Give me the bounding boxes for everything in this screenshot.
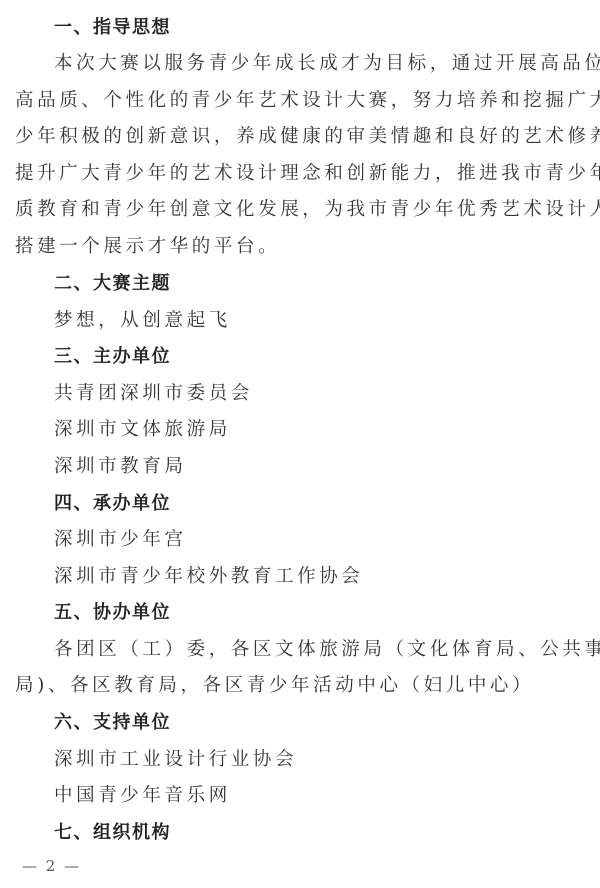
section-heading: 七、组织机构	[54, 821, 600, 845]
paragraph-line: 各团区（工）委，各区文体旅游局（文化体育局、公共事业	[54, 638, 600, 662]
section-heading: 一、指导思想	[54, 16, 600, 40]
paragraph-line: 高品质、个性化的青少年艺术设计大赛，努力培养和挖掘广大青	[15, 89, 590, 113]
section-heading: 六、支持单位	[54, 711, 600, 735]
paragraph-line: 局)、各区教育局，各区青少年活动中心（妇儿中心）	[15, 674, 590, 698]
paragraph-line: 少年积极的创新意识，养成健康的审美情趣和良好的艺术修养，	[15, 125, 590, 149]
list-item: 深圳市教育局	[54, 455, 600, 479]
paragraph-line: 质教育和青少年创意文化发展，为我市青少年优秀艺术设计人才	[15, 198, 590, 222]
section-heading: 二、大赛主题	[54, 272, 600, 296]
paragraph-line: 本次大赛以服务青少年成长成才为目标，通过开展高品位、	[54, 52, 600, 76]
list-item: 深圳市文体旅游局	[54, 418, 600, 442]
list-item: 共青团深圳市委员会	[54, 382, 600, 406]
section-heading: 四、承办单位	[54, 492, 600, 516]
page-number: — 2 —	[22, 857, 81, 875]
list-item: 梦想，从创意起飞	[54, 309, 600, 333]
section-heading: 三、主办单位	[54, 345, 600, 369]
section-heading: 五、协办单位	[54, 601, 600, 625]
paragraph-line: 提升广大青少年的艺术设计理念和创新能力，推进我市青少年素	[15, 162, 590, 186]
list-item: 深圳市工业设计行业协会	[54, 748, 600, 772]
paragraph-line: 搭建一个展示才华的平台。	[15, 235, 590, 259]
document-page: 一、指导思想 本次大赛以服务青少年成长成才为目标，通过开展高品位、 高品质、个性…	[0, 0, 600, 888]
list-item: 深圳市少年宫	[54, 528, 600, 552]
list-item: 中国青少年音乐网	[54, 784, 600, 808]
list-item: 深圳市青少年校外教育工作协会	[54, 565, 600, 589]
